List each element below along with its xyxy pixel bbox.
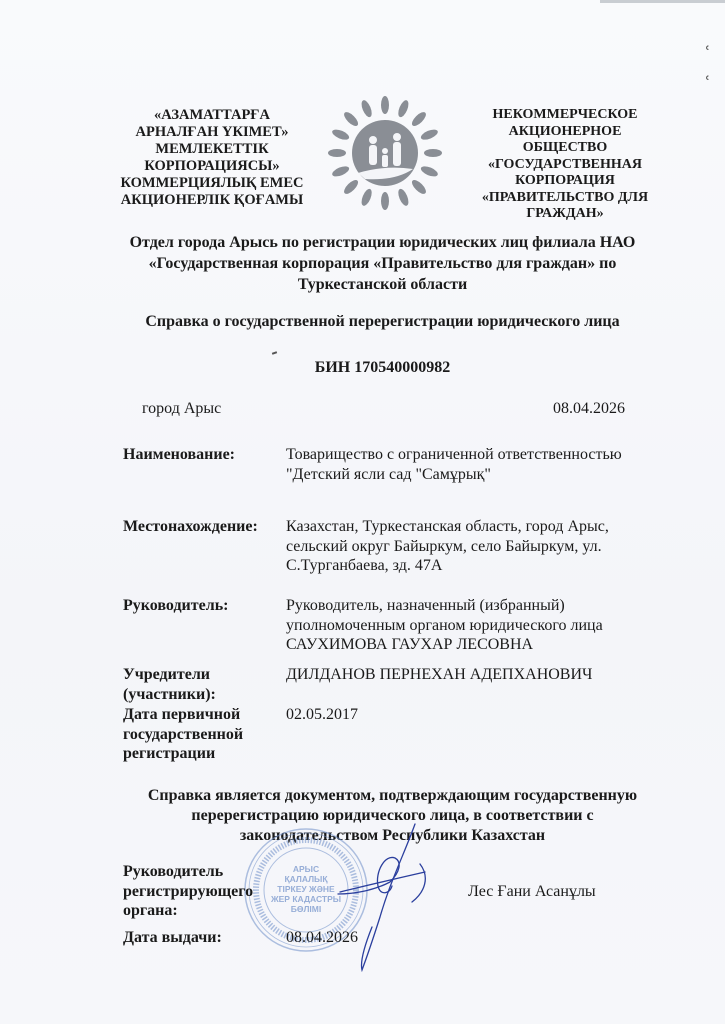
header-line: АКЦИОНЕРНОЕ: [470, 124, 660, 141]
scan-speck: [272, 351, 277, 355]
label-line: (участники):: [123, 685, 283, 705]
value-line: Товарищество с ограниченной ответственно…: [286, 445, 671, 465]
document-page: ʿ ʿ «АЗАМАТТАРҒА АРНАЛҒАН ҮКІМЕТ» МЕМЛЕК…: [0, 0, 725, 1024]
header-line: ОБЩЕСТВО: [470, 140, 660, 157]
label-line: Руководитель: [123, 862, 283, 882]
scan-edge: [600, 0, 725, 3]
header-line: НЕКОММЕРЧЕСКОЕ: [470, 107, 660, 124]
header-line: ГРАЖДАН»: [470, 206, 660, 223]
header-org-kazakh: «АЗАМАТТАРҒА АРНАЛҒАН ҮКІМЕТ» МЕМЛЕКЕТТІ…: [112, 107, 312, 209]
header-org-russian: НЕКОММЕРЧЕСКОЕ АКЦИОНЕРНОЕ ОБЩЕСТВО «ГОС…: [470, 107, 660, 223]
header-line: КОММЕРЦИЯЛЫҚ ЕМЕС: [112, 175, 312, 192]
value-line: Казахстан, Туркестанская область, город …: [286, 517, 671, 537]
header-line: КОРПОРАЦИЯ: [470, 173, 660, 190]
field-label: Руководитель регистрирующего органа:: [123, 862, 283, 921]
field-value: Товарищество с ограниченной ответственно…: [286, 445, 671, 484]
department-line: Отдел города Арысь по регистрации юридич…: [105, 232, 660, 253]
label-line: государственной: [123, 725, 283, 745]
label-line: Учредители: [123, 665, 283, 685]
value-line: уполномоченным органом юридического лица: [286, 616, 671, 636]
department-line: Туркестанской области: [105, 274, 660, 295]
department-heading: Отдел города Арысь по регистрации юридич…: [105, 232, 660, 295]
bin-number: БИН 170540000982: [105, 359, 660, 377]
stamp-text: БӨЛІМІ: [291, 904, 322, 914]
sun-family-emblem-icon: [325, 95, 445, 210]
header-line: АКЦИОНЕРЛІК ҚОҒАМЫ: [112, 192, 312, 209]
label-line: органа:: [123, 901, 283, 921]
field-label: Наименование:: [123, 445, 283, 465]
signatory-name: Лес Ғани Асанұлы: [468, 882, 596, 902]
header-line: «АЗАМАТТАРҒА: [112, 107, 312, 124]
label-line: регистрирующего: [123, 882, 283, 902]
document-date: 08.04.2026: [553, 400, 625, 418]
value-line: САУХИМОВА ГАУХАР ЛЕСОВНА: [286, 635, 671, 655]
value-line: сельский округ Байыркум, село Байыркум, …: [286, 537, 671, 557]
label-line: регистрации: [123, 744, 283, 764]
header-line: АРНАЛҒАН ҮКІМЕТ»: [112, 124, 312, 141]
field-value: Казахстан, Туркестанская область, город …: [286, 517, 671, 576]
value-line: Руководитель, назначенный (избранный): [286, 596, 671, 616]
stamp-text: АРЫС: [293, 864, 319, 874]
statement-line: Справка является документом, подтверждаю…: [105, 786, 680, 806]
value-line: 02.05.2017: [286, 705, 671, 725]
header-line: КОРПОРАЦИЯСЫ»: [112, 158, 312, 175]
value-line: С.Турганбаева, зд. 47А: [286, 556, 671, 576]
field-value: Руководитель, назначенный (избранный) уп…: [286, 596, 671, 655]
handwritten-signature-icon: [320, 822, 460, 972]
field-label: Руководитель:: [123, 596, 283, 616]
field-label: Дата выдачи:: [123, 928, 283, 948]
header-line: «ПРАВИТЕЛЬСТВО ДЛЯ: [470, 190, 660, 207]
field-label: Дата первичной государственной регистрац…: [123, 705, 283, 764]
place-of-issue: город Арыс: [142, 400, 221, 418]
field-value: ДИЛДАНОВ ПЕРНЕХАН АДЕПХАНОВИЧ: [286, 665, 671, 685]
label-line: Дата первичной: [123, 705, 283, 725]
field-value: 02.05.2017: [286, 705, 671, 725]
staple-mark: ʿ: [705, 43, 711, 64]
staple-mark: ʿ: [705, 73, 711, 94]
department-line: «Государственная корпорация «Правительст…: [105, 253, 660, 274]
header-line: «ГОСУДАРСТВЕННАЯ: [470, 157, 660, 174]
field-label: Местонахождение:: [123, 517, 283, 537]
document-title: Справка о государственной перерегистраци…: [105, 313, 660, 331]
field-label: Учредители (участники):: [123, 665, 283, 704]
value-line: ДИЛДАНОВ ПЕРНЕХАН АДЕПХАНОВИЧ: [286, 665, 671, 685]
value-line: "Детский ясли сад "Самұрық": [286, 465, 671, 485]
header-line: МЕМЛЕКЕТТІК: [112, 141, 312, 158]
